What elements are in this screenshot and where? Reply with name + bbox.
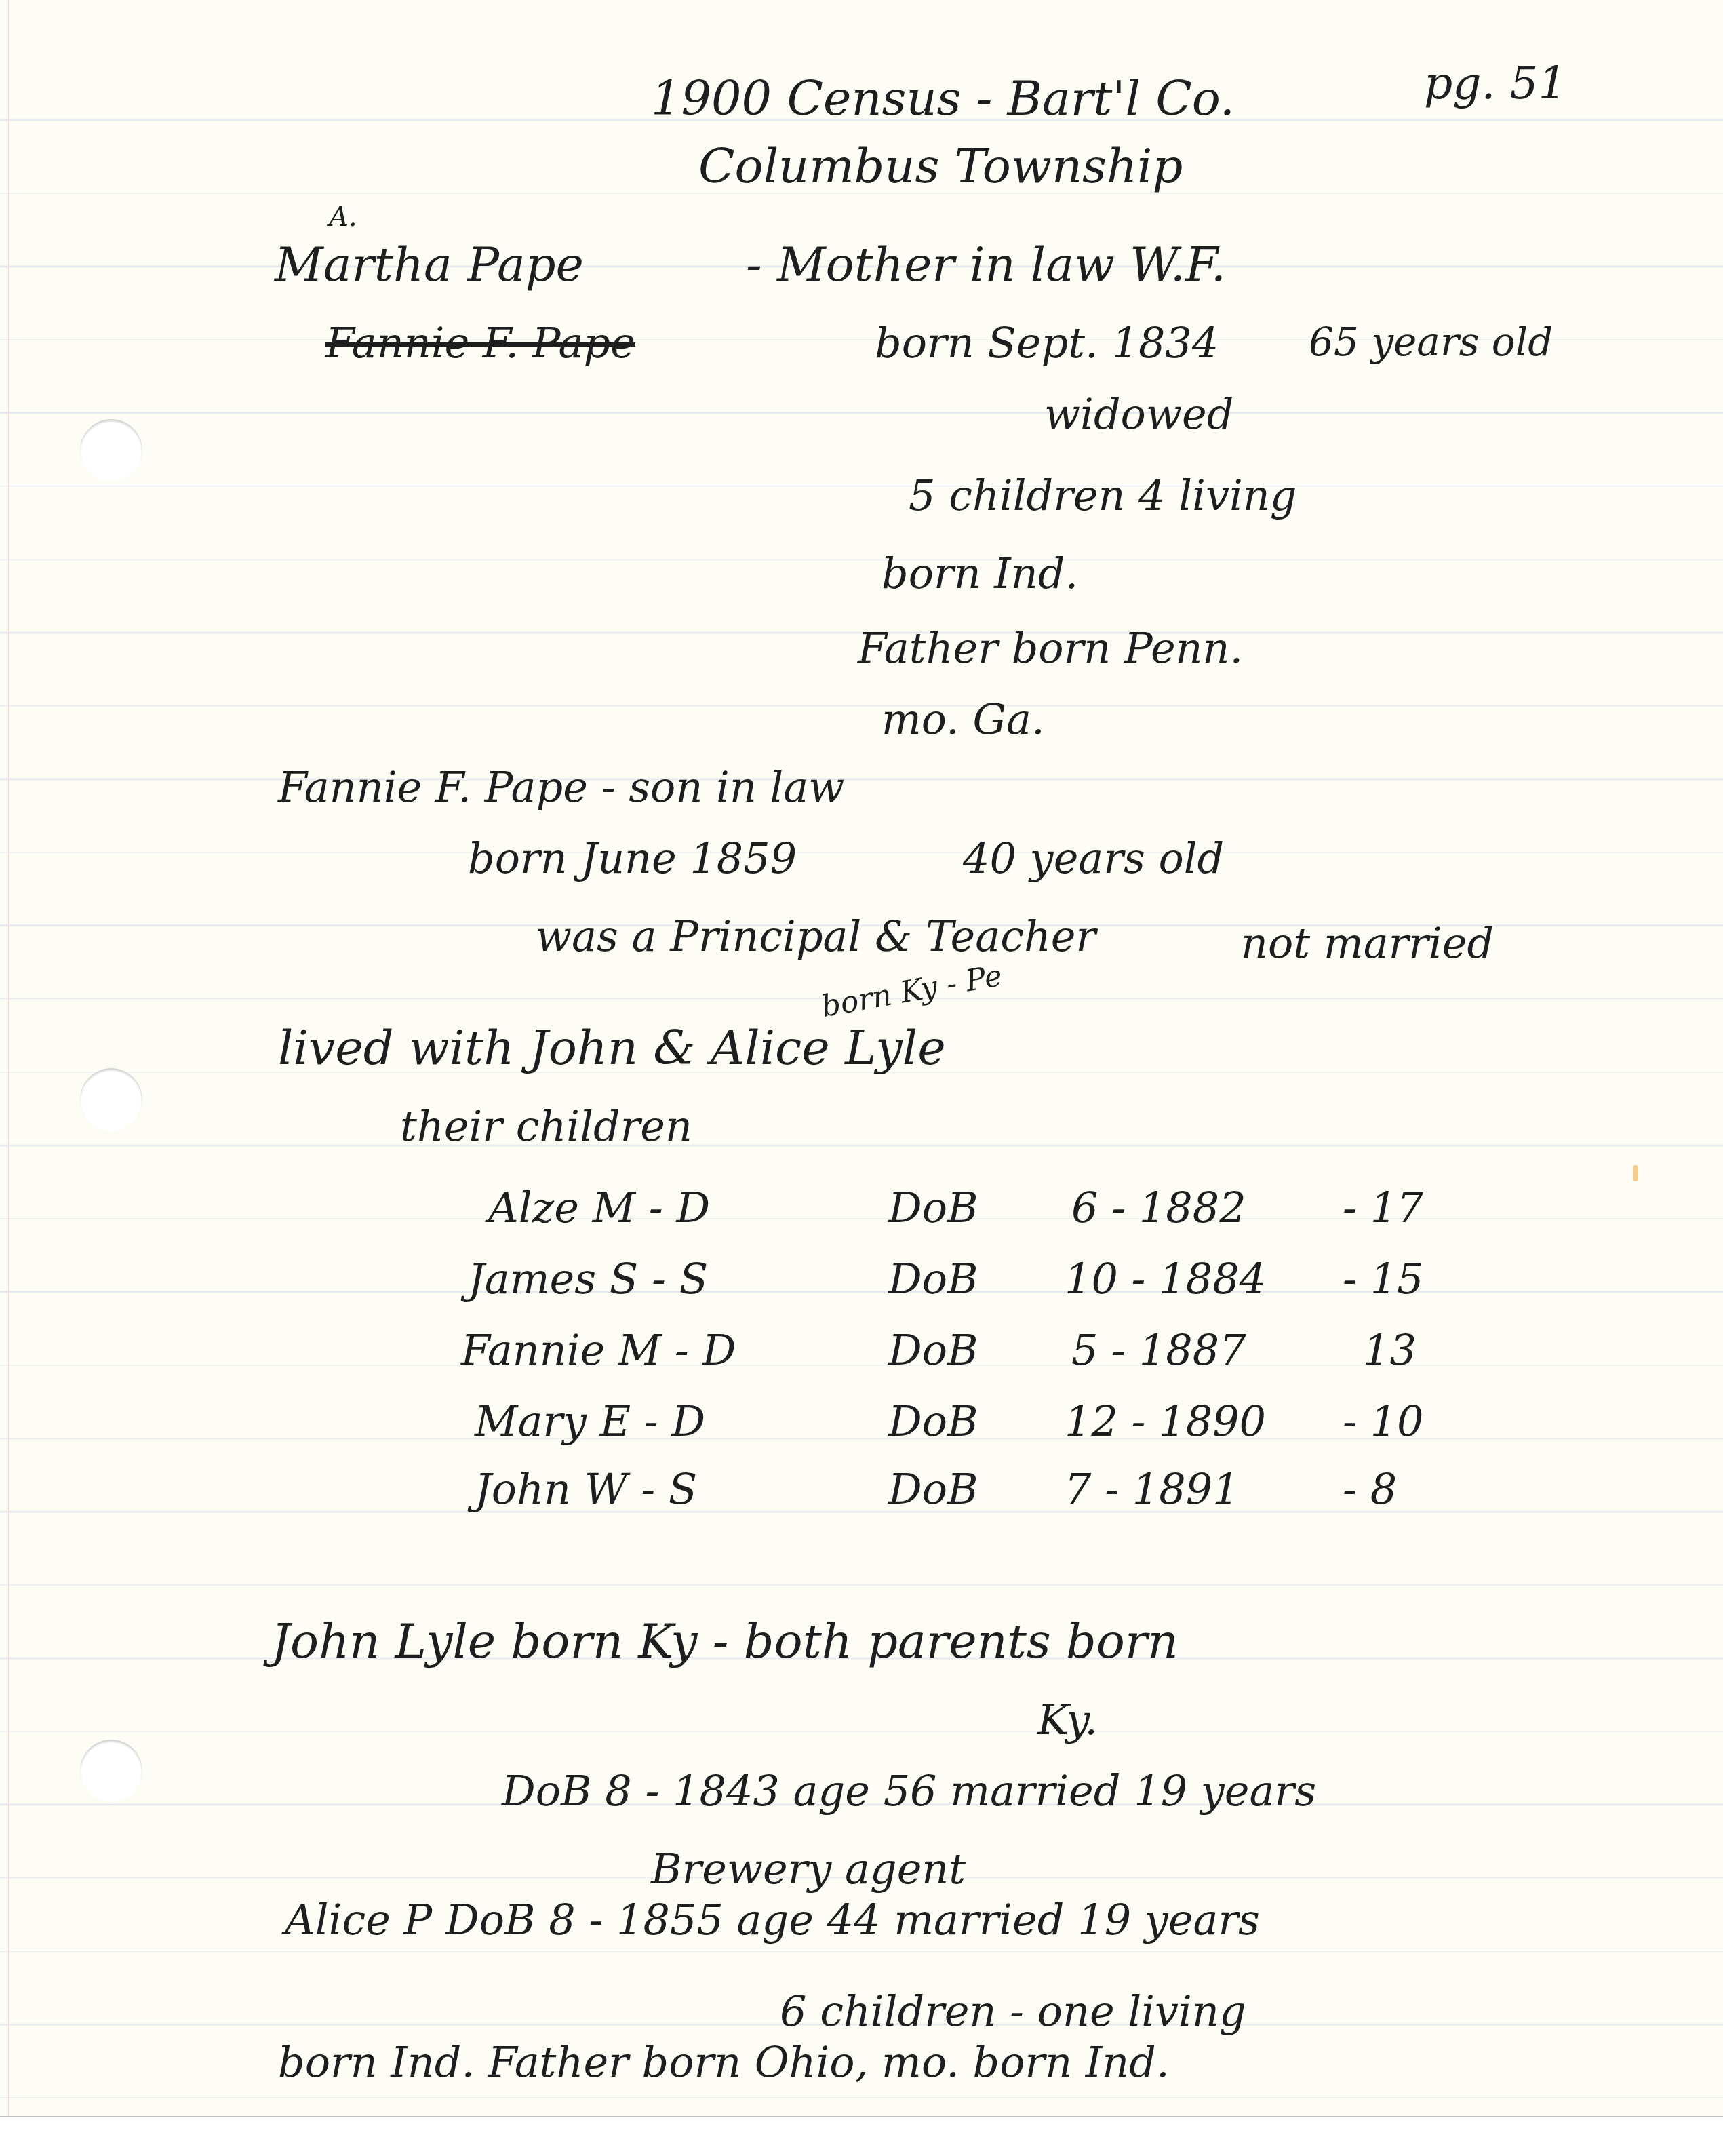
margin-line [8, 0, 9, 2116]
fannie-marital: not married [1241, 922, 1494, 964]
child-name: John W - S [475, 1468, 697, 1510]
fannie-birthplace-note: born Ky - Pe [819, 961, 1004, 1022]
martha-age: 65 years old [1309, 322, 1553, 361]
child-age: 13 [1363, 1329, 1417, 1371]
martha-mother: mo. Ga. [882, 699, 1045, 741]
insert-mark: A. [329, 203, 357, 231]
child-age: - 17 [1343, 1187, 1424, 1229]
child-name: James S - S [468, 1258, 708, 1300]
children-header: their children [400, 1105, 692, 1148]
john-lyle-dob: DoB 8 - 1843 age 56 married 19 years [502, 1770, 1316, 1812]
dob-label: DoB [888, 1258, 978, 1300]
child-age: - 8 [1343, 1468, 1397, 1510]
martha-father: Father born Penn. [858, 627, 1243, 669]
child-dob: 10 - 1884 [1065, 1258, 1266, 1300]
punch-hole [80, 1740, 142, 1802]
dob-label: DoB [888, 1329, 978, 1371]
alice-birthplace: born Ind. Father born Ohio, mo. born Ind… [278, 2041, 1170, 2083]
child-dob: 6 - 1882 [1071, 1187, 1246, 1229]
child-age: - 10 [1343, 1400, 1424, 1443]
john-lyle-occupation: Brewery agent [651, 1848, 966, 1890]
dob-label: DoB [888, 1400, 978, 1443]
paper-stain [1633, 1165, 1638, 1181]
lived-with: lived with John & Alice Lyle [278, 1024, 946, 1072]
census-title: 1900 Census - Bart'l Co. [651, 75, 1235, 122]
child-name: Fannie M - D [461, 1329, 736, 1371]
punch-hole [80, 1068, 142, 1131]
martha-name: Martha Pape [275, 241, 584, 288]
child-dob: 7 - 1891 [1065, 1468, 1240, 1510]
dob-label: DoB [888, 1187, 978, 1229]
john-lyle-parents-birthplace: Ky. [1037, 1699, 1098, 1741]
child-age: - 15 [1343, 1258, 1424, 1300]
fannie-name: Fannie F. Pape - son in law [278, 766, 844, 808]
fannie-born: born June 1859 [468, 838, 797, 880]
page-number: pg. 51 [1424, 61, 1566, 106]
martha-children: 5 children 4 living [909, 475, 1296, 517]
child-dob: 12 - 1890 [1065, 1400, 1266, 1443]
martha-status: widowed [1044, 393, 1233, 435]
fannie-age: 40 years old [963, 838, 1224, 880]
child-name: Alze M - D [488, 1187, 710, 1229]
notebook-page: 1900 Census - Bart'l Co. pg. 51 Columbus… [0, 0, 1723, 2117]
struck-name: Fannie F. Pape [325, 322, 635, 364]
martha-birthplace: born Ind. [882, 553, 1078, 595]
punch-hole [80, 419, 142, 482]
martha-born: born Sept. 1834 [875, 322, 1219, 364]
dob-label: DoB [888, 1468, 978, 1510]
fannie-occupation: was a Principal & Teacher [536, 916, 1096, 958]
child-dob: 5 - 1887 [1071, 1329, 1246, 1371]
alice-dob: Alice P DoB 8 - 1855 age 44 married 19 y… [285, 1899, 1260, 1941]
alice-children: 6 children - one living [780, 1991, 1246, 2033]
township: Columbus Township [698, 142, 1183, 190]
john-lyle-birth: John Lyle born Ky - both parents born [271, 1618, 1179, 1665]
child-name: Mary E - D [475, 1400, 705, 1443]
martha-relation: - Mother in law W.F. [746, 241, 1226, 288]
